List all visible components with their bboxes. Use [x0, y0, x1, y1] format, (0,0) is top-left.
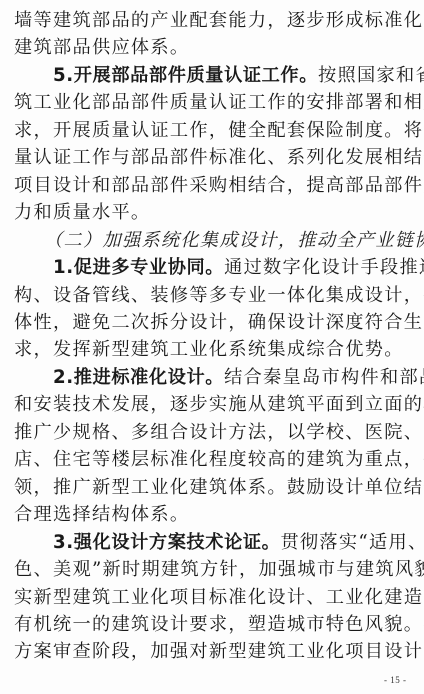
line-text: 墙等建筑部品的产业配套能力，逐步形成标准化、系列化的: [14, 10, 424, 31]
line-text: 通过数字化设计手段推进建筑、结: [224, 257, 424, 278]
text-line: 项目设计和部品部件采购相结合，提高部品部件产品配套能: [14, 172, 406, 199]
item-title: 5.开展部品部件质量认证工作。: [53, 65, 318, 86]
text-line: 实新型建筑工业化项目标准化设计、工业化建造与建筑风貌: [14, 584, 406, 611]
text-line: 求，发挥新型建筑工业化系统集成综合优势。: [14, 336, 406, 363]
text-line: 领，推广新型工业化建筑体系。鼓励设计单位结合地域特色，: [14, 474, 406, 501]
line-text: 按照国家和省对新型建: [318, 65, 424, 86]
text-line: 墙等建筑部品的产业配套能力，逐步形成标准化、系列化的: [14, 7, 406, 34]
item-title: 3.强化设计方案技术论证。: [53, 532, 280, 553]
section-item-2: 2.推进标准化设计。结合秦皇岛市构件和部品部件生产: [14, 364, 406, 391]
text-line: 合理选择结构体系。: [14, 501, 406, 528]
line-text: 求，开展质量认证工作，健全配套保险制度。将部品部件质: [14, 120, 424, 141]
line-text: 和安装技术发展，逐步实施从建筑平面到立面的标准化设计，: [14, 394, 424, 415]
section-item-1: 1.促进多专业协同。通过数字化设计手段推进建筑、结: [14, 254, 406, 281]
text-line: 量认证工作与部品部件标准化、系列化发展相结合，与工程: [14, 144, 406, 171]
line-text: 结合秦皇岛市构件和部品部件生产: [224, 367, 424, 388]
text-line: 色、美观”新时期建筑方针，加强城市与建筑风貌管理。落: [14, 556, 406, 583]
line-text: 贯彻落实“适用、经济、绿: [280, 532, 424, 553]
section-item-5: 5.开展部品部件质量认证工作。按照国家和省对新型建: [14, 62, 406, 89]
item-title: 2.推进标准化设计。: [53, 367, 224, 388]
text-line: 求，开展质量认证工作，健全配套保险制度。将部品部件质: [14, 117, 406, 144]
line-text: 求，发挥新型建筑工业化系统集成综合优势。: [14, 339, 404, 360]
section-heading: （二）加强系统化集成设计，推动全产业链协同。: [14, 227, 397, 254]
section-item-3: 3.强化设计方案技术论证。贯彻落实“适用、经济、绿: [14, 529, 406, 556]
page-number: - 15 -: [384, 675, 407, 685]
text-line: 有机统一的建筑设计要求，塑造城市特色风貌。在建筑设计: [14, 611, 406, 638]
text-line: 力和质量水平。: [14, 199, 406, 226]
text-line: 方案审查阶段，加强对新型建筑工业化项目设计要求落实情: [14, 638, 406, 665]
line-text: 项目设计和部品部件采购相结合，提高部品部件产品配套能: [14, 175, 424, 196]
line-text: 店、住宅等楼层标准化程度较高的建筑为重点，强化设计引: [14, 449, 424, 470]
text-line: 推广少规格、多组合设计方法，以学校、医院、办公楼、酒: [14, 419, 406, 446]
text-line: 构、设备管线、装修等多专业一体化集成设计，提高建筑整: [14, 282, 406, 309]
line-text: 力和质量水平。: [14, 202, 150, 223]
line-text: 体性，避免二次拆分设计，确保设计深度符合生产和施工要: [14, 312, 424, 333]
text-line: 店、住宅等楼层标准化程度较高的建筑为重点，强化设计引: [14, 446, 406, 473]
line-text: 有机统一的建筑设计要求，塑造城市特色风貌。在建筑设计: [14, 614, 424, 635]
line-text: 构、设备管线、装修等多专业一体化集成设计，提高建筑整: [14, 285, 424, 306]
item-title: 1.促进多专业协同。: [53, 257, 224, 278]
text-line: 筑工业化部品部件质量认证工作的安排部署和相关技术要: [14, 89, 406, 116]
line-text: 建筑部品供应体系。: [14, 37, 189, 58]
line-text: 筑工业化部品部件质量认证工作的安排部署和相关技术要: [14, 92, 424, 113]
line-text: 方案审查阶段，加强对新型建筑工业化项目设计要求落实情: [14, 641, 424, 662]
line-text: 量认证工作与部品部件标准化、系列化发展相结合，与工程: [14, 147, 424, 168]
line-text: 推广少规格、多组合设计方法，以学校、医院、办公楼、酒: [14, 422, 424, 443]
line-text: 色、美观”新时期建筑方针，加强城市与建筑风貌管理。落: [14, 559, 424, 580]
heading-text: （二）加强系统化集成设计，推动全产业链协同。: [44, 230, 424, 251]
text-line: 和安装技术发展，逐步实施从建筑平面到立面的标准化设计，: [14, 391, 406, 418]
line-text: 实新型建筑工业化项目标准化设计、工业化建造与建筑风貌: [14, 587, 424, 608]
line-text: 合理选择结构体系。: [14, 504, 189, 525]
text-line: 建筑部品供应体系。: [14, 34, 406, 61]
text-line: 体性，避免二次拆分设计，确保设计深度符合生产和施工要: [14, 309, 406, 336]
document-page: 墙等建筑部品的产业配套能力，逐步形成标准化、系列化的 建筑部品供应体系。 5.开…: [0, 0, 424, 694]
line-text: 领，推广新型工业化建筑体系。鼓励设计单位结合地域特色，: [14, 477, 424, 498]
